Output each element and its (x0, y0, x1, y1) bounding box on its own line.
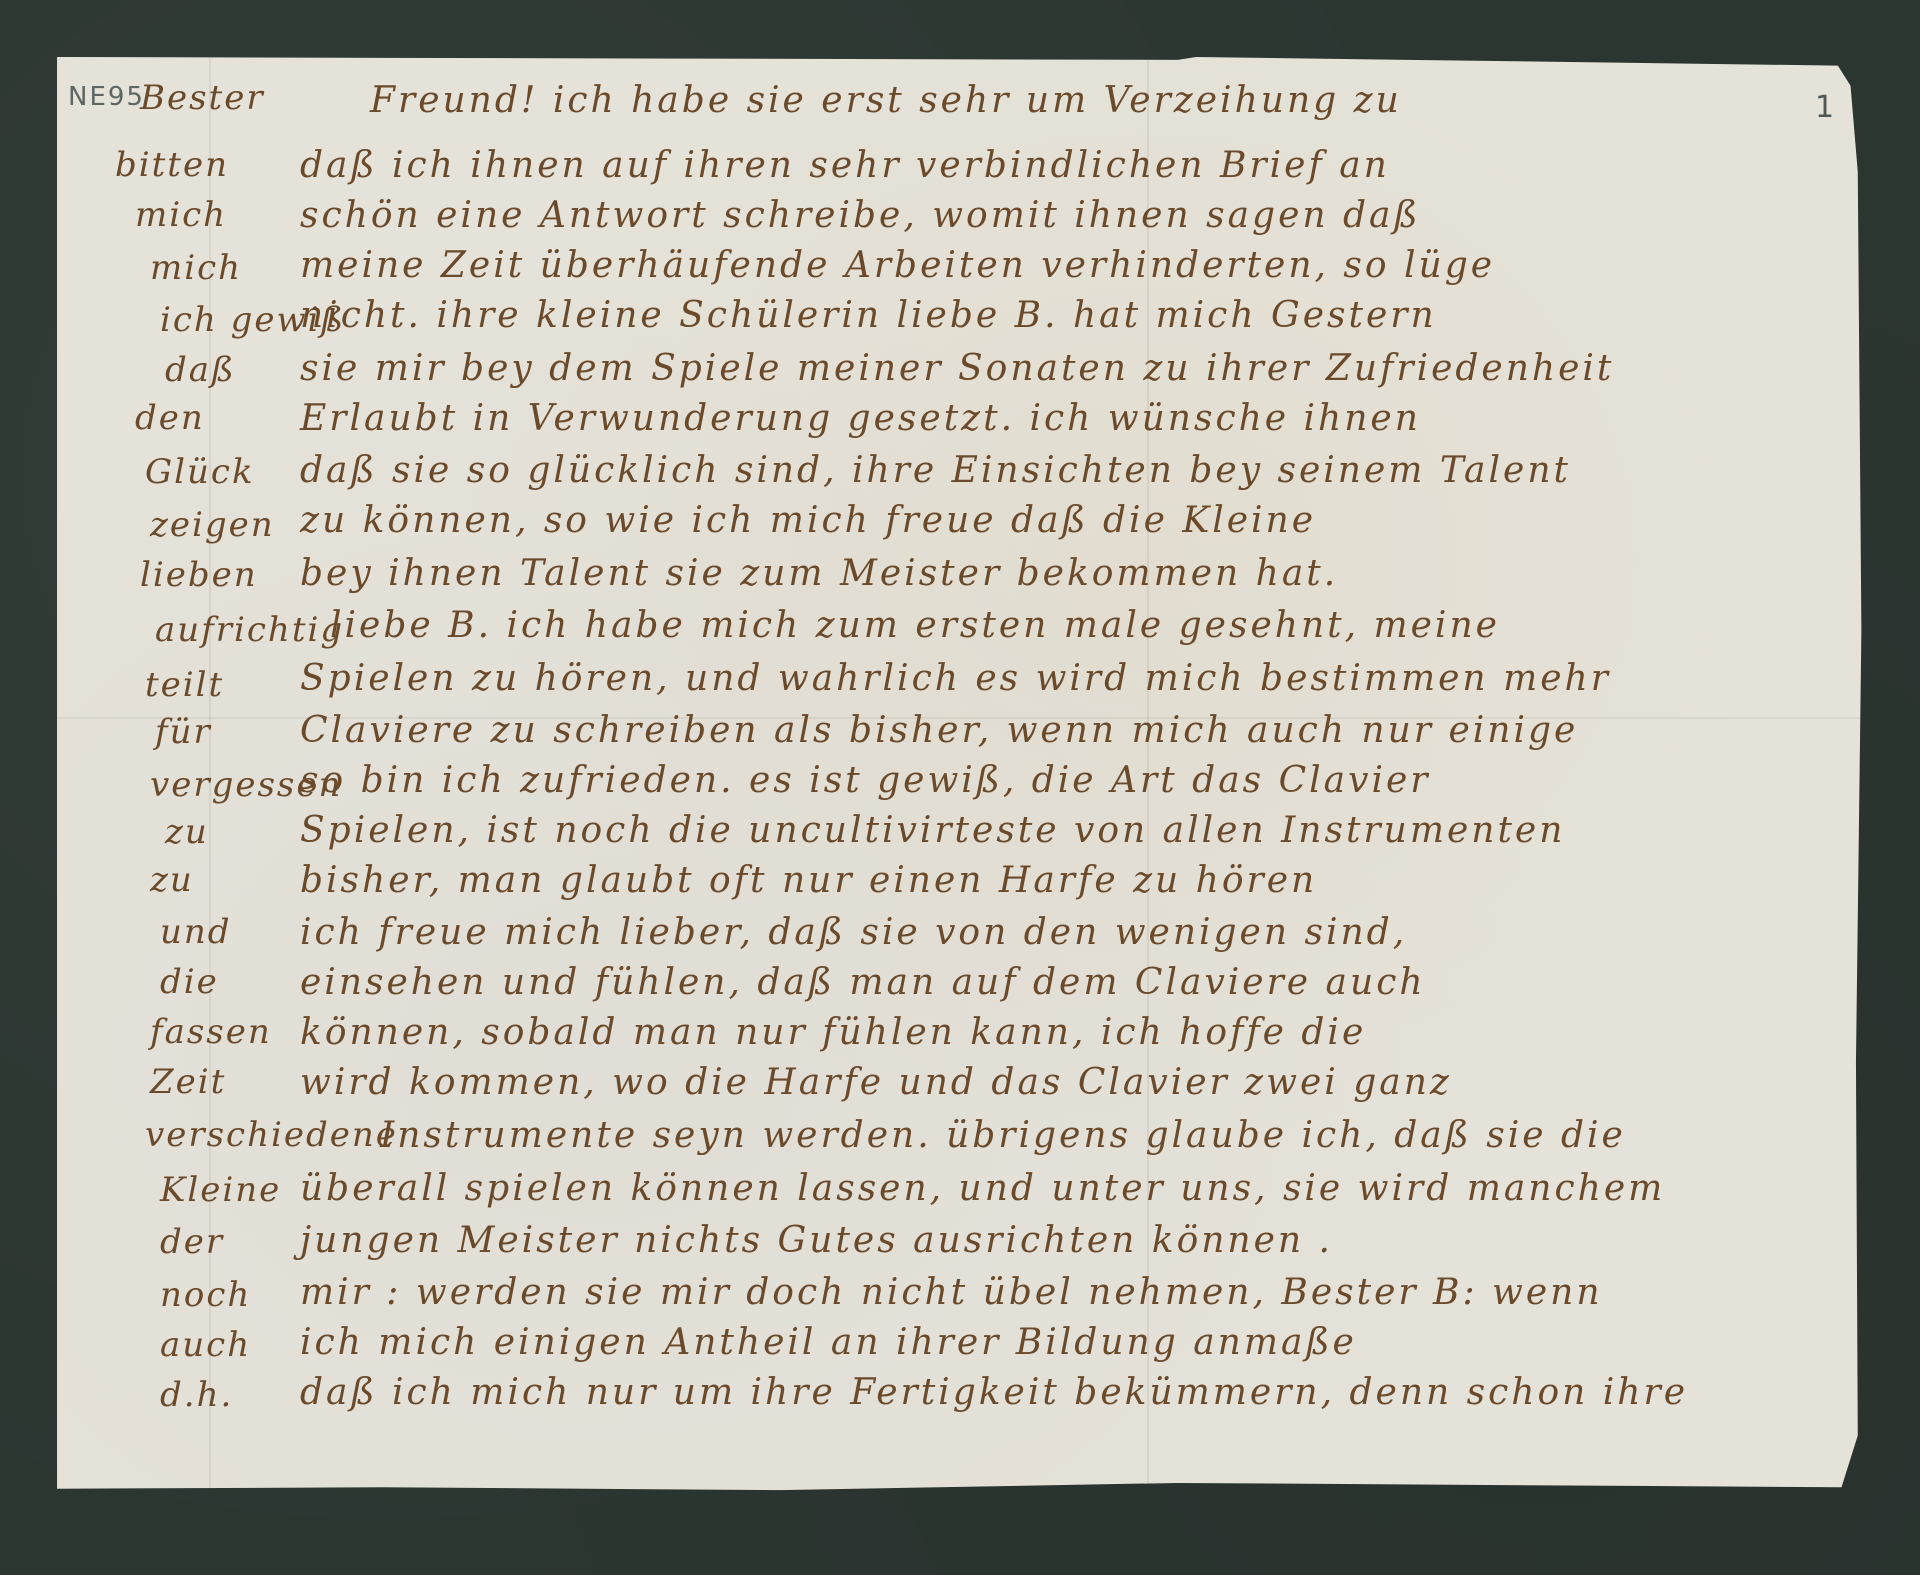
manuscript-line: liebe B. ich habe mich zum ersten male g… (330, 605, 1500, 646)
margin-word: d.h. (160, 1375, 233, 1415)
margin-word: den (135, 398, 205, 438)
margin-word: mich (150, 248, 242, 288)
manuscript-line: Spielen zu hören, und wahrlich es wird m… (300, 658, 1611, 699)
manuscript-line: Erlaubt in Verwunderung gesetzt. ich wün… (300, 398, 1421, 439)
margin-word: verschiedene (145, 1115, 398, 1155)
manuscript-line: jungen Meister nichts Gutes ausrichten k… (300, 1220, 1333, 1261)
margin-word: fassen (150, 1012, 272, 1052)
margin-word: Bester (140, 78, 265, 118)
manuscript-line: Spielen, ist noch die uncultivirteste vo… (300, 810, 1565, 851)
page-number: 1 (1815, 90, 1834, 125)
manuscript-line: mir : werden sie mir doch nicht übel neh… (300, 1272, 1603, 1313)
margin-word: zu (150, 860, 194, 900)
manuscript-line: überall spielen können lassen, und unter… (300, 1168, 1665, 1209)
manuscript-line: Freund! ich habe sie erst sehr um Verzei… (370, 80, 1402, 121)
manuscript-line: einsehen und fühlen, daß man auf dem Cla… (300, 962, 1426, 1003)
manuscript-line: wird kommen, wo die Harfe und das Clavie… (300, 1062, 1452, 1103)
margin-word: noch (160, 1275, 251, 1315)
manuscript-line: daß ich mich nur um ihre Fertigkeit bekü… (300, 1372, 1688, 1413)
margin-word: die (160, 962, 219, 1002)
manuscript-line: nicht. ihre kleine Schülerin liebe B. ha… (300, 295, 1437, 336)
margin-word: aufrichtig (155, 610, 344, 650)
manuscript-line: können, sobald man nur fühlen kann, ich … (300, 1012, 1366, 1053)
margin-word: der (160, 1222, 224, 1262)
margin-word: zeigen (150, 505, 275, 545)
manuscript-line: Instrumente seyn werden. übrigens glaube… (380, 1115, 1626, 1156)
margin-word: Kleine (160, 1170, 281, 1210)
manuscript-line: daß ich ihnen auf ihren sehr verbindlich… (300, 145, 1390, 186)
manuscript-line: bey ihnen Talent sie zum Meister bekomme… (300, 553, 1338, 594)
margin-word: für (155, 712, 212, 752)
margin-word: zu (165, 812, 209, 852)
manuscript-line: schön eine Antwort schreibe, womit ihnen… (300, 195, 1421, 236)
margin-word: lieben (140, 555, 258, 595)
margin-word: Zeit (150, 1062, 226, 1102)
margin-word: daß (165, 350, 236, 390)
manuscript-line: zu können, so wie ich mich freue daß die… (300, 500, 1316, 541)
archive-id-label: NE95 (68, 82, 145, 112)
manuscript-line: Claviere zu schreiben als bisher, wenn m… (300, 710, 1578, 751)
manuscript-line: so bin ich zufrieden. es ist gewiß, die … (300, 760, 1430, 801)
margin-word: auch (160, 1325, 251, 1365)
manuscript-line: meine Zeit überhäufende Arbeiten verhind… (300, 245, 1495, 286)
manuscript-line: ich mich einigen Antheil an ihrer Bildun… (300, 1322, 1357, 1363)
manuscript-line: ich freue mich lieber, daß sie von den w… (300, 912, 1407, 953)
margin-word: mich (135, 195, 227, 235)
margin-word: und (160, 912, 232, 952)
margin-word: Glück (145, 452, 255, 492)
margin-word: teilt (145, 665, 224, 705)
margin-word: bitten (115, 145, 229, 185)
manuscript-line: bisher, man glaubt oft nur einen Harfe z… (300, 860, 1317, 901)
manuscript-line: daß sie so glücklich sind, ihre Einsicht… (300, 450, 1571, 491)
manuscript-line: sie mir bey dem Spiele meiner Sonaten zu… (300, 348, 1614, 389)
